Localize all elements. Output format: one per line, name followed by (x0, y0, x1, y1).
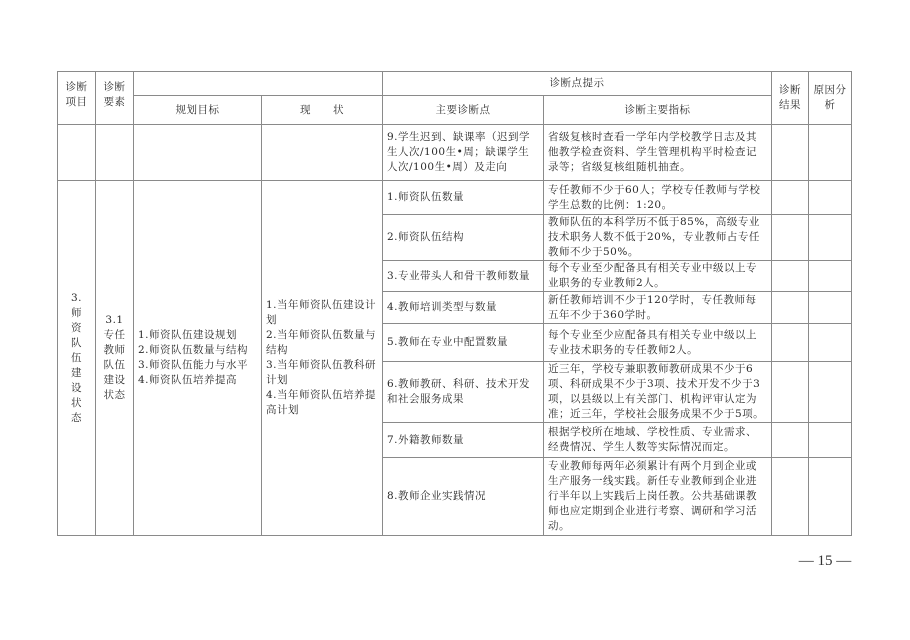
diag-indicator-cell: 专业教师每两年必须累计有两个月到企业或生产服务一线实践。新任专业教师到企业进行半… (544, 458, 772, 536)
diag-indicator-cell: 教师队伍的本科学历不低于85%，高级专业技术职务人数不低于20%，专业教师占专任… (544, 215, 772, 261)
cell-empty (96, 125, 134, 181)
diag-indicator-cell: 近三年，学校专兼职教师教研成果不少于6项、科研成果不少于3项、技术开发不少于3项… (544, 362, 772, 423)
diag-point-cell: 2.师资队伍结构 (383, 215, 544, 261)
diag-result-cell[interactable] (772, 324, 809, 362)
element-number: 3.1 (98, 313, 131, 328)
reason-cell[interactable] (809, 261, 852, 292)
table-row: 3. 师 资 队 伍 建 设 状 态 3.1 专任 教师 队伍 建设 状态 1.… (58, 181, 852, 215)
table-row: 9.学生迟到、缺课率（迟到学生人次/100生•周；缺课学生人次/100生•周）及… (58, 125, 852, 181)
diag-point-cell: 1.师资队伍数量 (383, 181, 544, 215)
diag-indicator-cell: 每个专业至少应配备具有相关专业中级以上专业技术职务的专任教师2人。 (544, 324, 772, 362)
reason-cell[interactable] (809, 125, 852, 181)
diag-point-cell: 8.教师企业实践情况 (383, 458, 544, 536)
diag-indicator-cell: 省级复核时查看一学年内学校教学日志及其他教学检查资料、学生管理机构平时检查记录等… (544, 125, 772, 181)
cell-empty (58, 125, 96, 181)
cell-empty (134, 125, 262, 181)
item-number: 3. (60, 291, 93, 306)
reason-cell[interactable] (809, 423, 852, 458)
reason-cell[interactable] (809, 181, 852, 215)
diag-indicator-cell: 每个专业至少配备具有相关专业中级以上专业职务的专业教师2人。 (544, 261, 772, 292)
page-number: — 15 — (780, 553, 870, 570)
header-reason: 原因分析 (809, 72, 852, 125)
diag-result-cell[interactable] (772, 181, 809, 215)
document-page: 诊断项目 诊断要素 诊断点提示 诊断结果 原因分析 规划目标 现 状 主要诊断点… (0, 0, 910, 640)
header-main-point: 主要诊断点 (383, 96, 544, 125)
header-diag-item: 诊断项目 (58, 72, 96, 125)
diag-result-cell[interactable] (772, 215, 809, 261)
diag-indicator-cell: 专任教师不少于60人；学校专任教师与学校学生总数的比例：1:20。 (544, 181, 772, 215)
diag-item-cell: 3. 师 资 队 伍 建 设 状 态 (58, 181, 96, 536)
header-diag-result: 诊断结果 (772, 72, 809, 125)
header-blank (134, 72, 383, 96)
diag-result-cell[interactable] (772, 261, 809, 292)
diag-point-cell: 3.专业带头人和骨干教师数量 (383, 261, 544, 292)
diag-point-cell: 6.教师教研、科研、技术开发和社会服务成果 (383, 362, 544, 423)
reason-cell[interactable] (809, 324, 852, 362)
status-cell: 1.当年师资队伍建设计划 2.当年师资队伍数量与结构 3.当年师资队伍教科研计划… (262, 181, 383, 536)
cell-empty (262, 125, 383, 181)
diag-indicator-cell: 根据学校所在地域、学校性质、专业需求、经费情况、学生人数等实际情况而定。 (544, 423, 772, 458)
diag-point-cell: 7.外籍教师数量 (383, 423, 544, 458)
header-diag-hint: 诊断点提示 (383, 72, 772, 96)
diag-point-cell: 9.学生迟到、缺课率（迟到学生人次/100生•周；缺课学生人次/100生•周）及… (383, 125, 544, 181)
diagnosis-table: 诊断项目 诊断要素 诊断点提示 诊断结果 原因分析 规划目标 现 状 主要诊断点… (57, 71, 852, 536)
plan-goal-cell: 1.师资队伍建设规划 2.师资队伍数量与结构 3.师资队伍能力与水平 4.师资队… (134, 181, 262, 536)
header-plan-goal: 规划目标 (134, 96, 262, 125)
reason-cell[interactable] (809, 292, 852, 324)
diag-result-cell[interactable] (772, 125, 809, 181)
header-main-indicator: 诊断主要指标 (544, 96, 772, 125)
reason-cell[interactable] (809, 215, 852, 261)
reason-cell[interactable] (809, 458, 852, 536)
diag-point-cell: 5.教师在专业中配置数量 (383, 324, 544, 362)
header-status: 现 状 (262, 96, 383, 125)
diag-element-cell: 3.1 专任 教师 队伍 建设 状态 (96, 181, 134, 536)
diag-point-cell: 4.教师培训类型与数量 (383, 292, 544, 324)
reason-cell[interactable] (809, 362, 852, 423)
diag-result-cell[interactable] (772, 423, 809, 458)
header-diag-element: 诊断要素 (96, 72, 134, 125)
diag-result-cell[interactable] (772, 292, 809, 324)
diag-indicator-cell: 新任教师培训不少于120学时，专任教师每五年不少于360学时。 (544, 292, 772, 324)
diag-result-cell[interactable] (772, 458, 809, 536)
diag-result-cell[interactable] (772, 362, 809, 423)
